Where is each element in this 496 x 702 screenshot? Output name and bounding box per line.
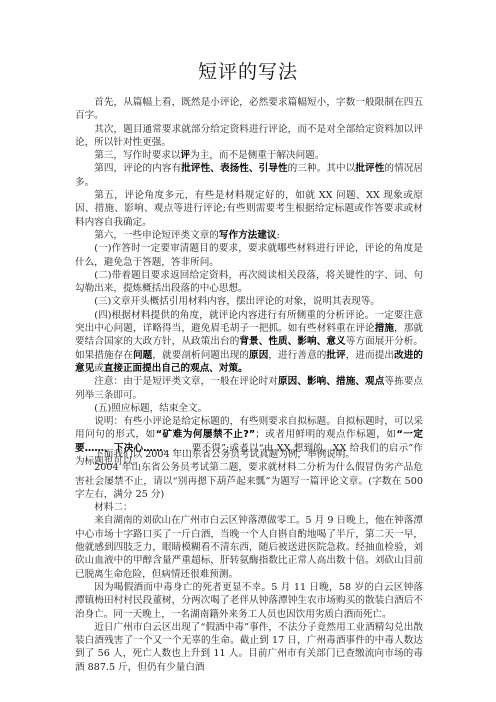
text-run: 或 <box>94 363 104 374</box>
text-run: 下面我们以 2004 年山东省公务员考试真题为例，举例说明。 <box>94 449 355 460</box>
page-title: 短评的写法 <box>0 60 496 84</box>
text-run: 的三种。其中以 <box>288 163 356 174</box>
paragraph: 因为喝假酒而中毒身亡的死者更显不幸。5 月 11 日晚，58 岁的白云区钟落潭镇… <box>75 581 423 621</box>
text-run: 其次，题目通常要求就部分给定资料进行评论，而不是对全部给定资料加以评论，所以针对… <box>75 124 423 148</box>
text-run: ，进行善意的 <box>268 350 326 361</box>
emphasis-text: 批评性、表扬性、引导性 <box>181 163 287 174</box>
emphasis-text: 问题 <box>133 350 152 361</box>
text-run: 来自湖南的刘砍山在广州市白云区钟落潭做零工。5 月 9 日晚上，他在钟落潭中心市… <box>75 515 423 579</box>
paragraph: 第五，评论角度多元，有些是材料规定好的，如就 XX 问题、XX 现象或原因、措施… <box>75 189 423 229</box>
emphasis-text: 措施 <box>375 323 394 334</box>
paragraph: 第四，评论的内容有批评性、表扬性、引导性的三种。其中以批评性的情况居多。 <box>75 162 423 189</box>
text-run: 首先，从篇幅上看，既然是小评论，必然要求篇幅短小，字数一般限制在四五百字。 <box>75 97 423 121</box>
text-run: ，进而提出 <box>346 350 394 361</box>
paragraph: 第三，写作时要求以评为主，而不是侧重于解决问题。 <box>75 149 423 162</box>
paragraph: (二)带着题目要求返回给定资料，再次阅读相关段落，将关键性的字、词、句勾勒出来，… <box>75 269 423 296</box>
emphasis-text: 直接正面提出自己的观点、对策。 <box>104 363 248 374</box>
paragraph: 第六，一些申论短评类文章的写作方法建议: <box>75 229 423 242</box>
paragraph: 首先，从篇幅上看，既然是小评论，必然要求篇幅短小，字数一般限制在四五百字。 <box>75 96 423 123</box>
paragraph: 2004 年山东省公务员考试第二题，要求就材料二分析为什么假冒伪劣产品危害社会屡… <box>75 461 423 501</box>
paragraph: 来自湖南的刘砍山在广州市白云区钟落潭做零工。5 月 9 日晚上，他在钟落潭中心市… <box>75 514 423 580</box>
text-run: ；或者用鲜明的观点作标题，如 <box>255 429 396 440</box>
text-run: : <box>276 230 279 241</box>
emphasis-text: 原因 <box>249 350 268 361</box>
paragraph: (三)文章开头概括引用材料内容，摆出评论的对象，说明其表现等。 <box>75 295 423 308</box>
text-run: 第四，评论的内容有 <box>94 163 181 174</box>
text-run: 第五，评论角度多元，有些是材料规定好的，如就 XX 问题、XX 现象或原因、措施… <box>75 190 423 228</box>
text-run: (二)带着题目要求返回给定资料，再次阅读相关段落，将关键性的字、词、句勾勒出来，… <box>75 270 423 294</box>
text-run: 材料二： <box>94 502 132 513</box>
text-run: 注意：由于是短评类文章，一般在评论时对 <box>94 376 278 387</box>
paragraph: 注意：由于是短评类文章，一般在评论时对原因、影响、措施、观点等拣要点列举三条即可… <box>75 375 423 402</box>
text-run: 第六，一些申论短评类文章的 <box>94 230 219 241</box>
text-run: 2004 年山东省公务员考试第二题，要求就材料二分析为什么假冒伪劣产品危害社会屡… <box>75 462 423 500</box>
paragraph: 其次，题目通常要求就部分给定资料进行评论，而不是对全部给定资料加以评论，所以针对… <box>75 123 423 150</box>
emphasis-text: 写作方法建议 <box>219 230 277 241</box>
paragraph: 材料二： <box>75 501 423 514</box>
paragraph: (五)照应标题，结束全文。 <box>75 402 423 415</box>
text-run: (四)根据材料提供的角度，就评论内容进行有所侧重的分析评论。一定要注意突出中心问… <box>75 310 423 334</box>
text-run: ，就要剖析问题出现的 <box>152 350 249 361</box>
text-run: (五)照应标题，结束全文。 <box>94 403 207 414</box>
paragraph: 近日广州市白云区出现了“假酒中毒”事件，不法分子竟然用工业酒精勾兑出散装白酒残害… <box>75 621 423 674</box>
paragraph: (一)作答时一定要审清题目的要求，要求就哪些材料进行评论，评论的角度是什么，避免… <box>75 242 423 269</box>
paragraph: 下面我们以 2004 年山东省公务员考试真题为例，举例说明。 <box>75 448 423 461</box>
emphasis-text: 批评 <box>326 350 345 361</box>
text-run: 为主，而不是侧重于解决问题。 <box>190 150 324 161</box>
emphasis-text: 评 <box>181 150 191 161</box>
emphasis-text: 背景、性质、影响、意义 <box>239 336 345 347</box>
document-page: 短评的写法 首先，从篇幅上看，既然是小评论，必然要求篇幅短小，字数一般限制在四五… <box>0 0 496 702</box>
text-run: (三)文章开头概括引用材料内容，摆出评论的对象，说明其表现等。 <box>94 296 380 307</box>
emphasis-text: 批评性 <box>355 163 384 174</box>
emphasis-text: “矿难为何屡禁不止?” <box>156 429 255 440</box>
paragraph: (四)根据材料提供的角度，就评论内容进行有所侧重的分析评论。一定要注意突出中心问… <box>75 309 423 375</box>
text-run: 第三，写作时要求以 <box>94 150 180 161</box>
section-example: 下面我们以 2004 年山东省公务员考试真题为例，举例说明。2004 年山东省公… <box>75 448 423 674</box>
text-run: 近日广州市白云区出现了“假酒中毒”事件，不法分子竟然用工业酒精勾兑出散装白酒残害… <box>75 622 423 673</box>
text-run: 因为喝假酒而中毒身亡的死者更显不幸。5 月 11 日晚，58 岁的白云区钟落潭镇… <box>75 582 423 620</box>
text-run: (一)作答时一定要审清题目的要求，要求就哪些材料进行评论，评论的角度是什么，避免… <box>75 243 423 267</box>
emphasis-text: 原因、影响、措施、观点 <box>278 376 384 387</box>
section-writing-method: 首先，从篇幅上看，既然是小评论，必然要求篇幅短小，字数一般限制在四五百字。其次，… <box>75 96 423 468</box>
